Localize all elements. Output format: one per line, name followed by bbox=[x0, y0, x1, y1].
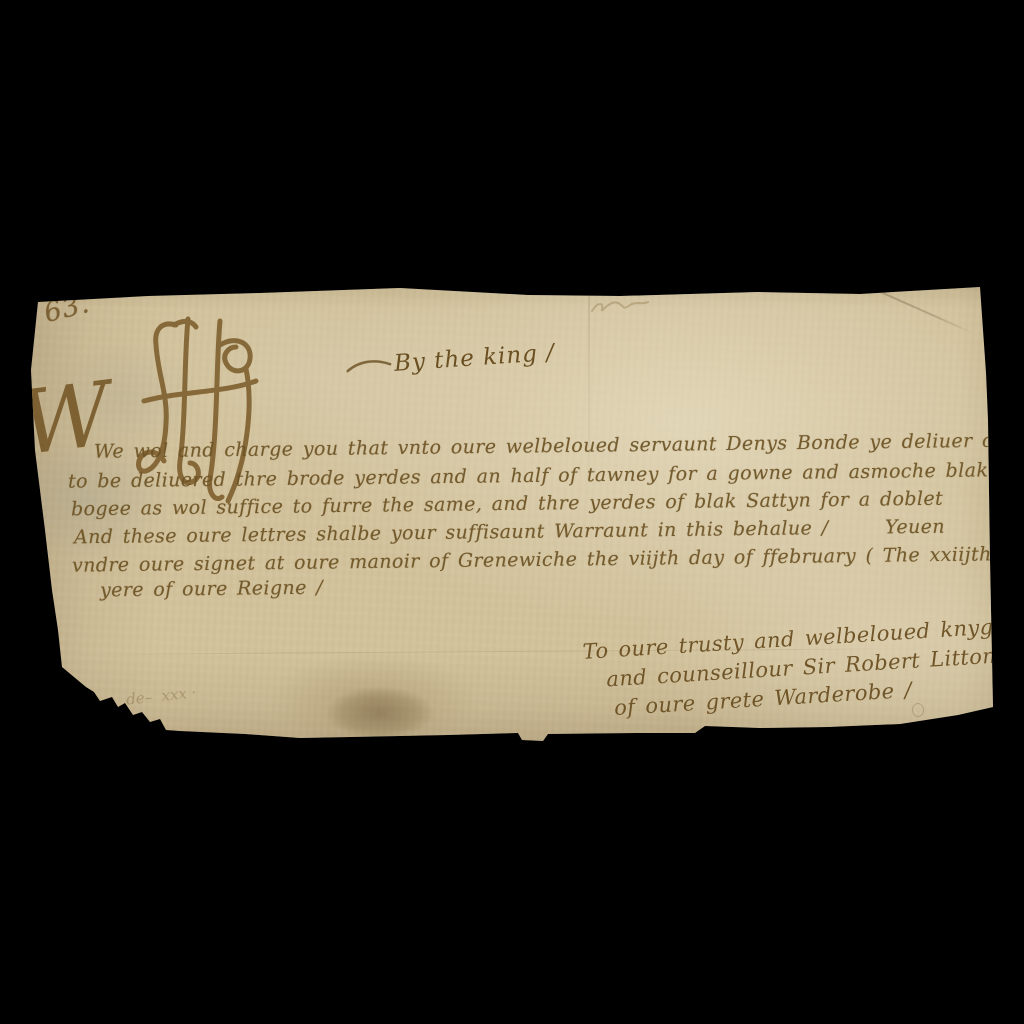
faint-marginal-mark: de– xxx · bbox=[125, 683, 197, 708]
address-block: To oure trusty and welbeloued knyght and… bbox=[582, 608, 1024, 724]
crease-line-top-right bbox=[851, 278, 972, 334]
body-line: And these oure lettres shalbe your suffi… bbox=[74, 516, 945, 549]
body-line: vndre oure signet at oure manoir of Gren… bbox=[72, 543, 992, 576]
faint-ink-scribble bbox=[588, 293, 652, 319]
body-line: yere of oure Reigne / bbox=[100, 577, 323, 602]
faint-ring-mark bbox=[912, 703, 924, 717]
archival-number: 63. bbox=[41, 288, 93, 329]
heading-by-the-king: By the king / bbox=[393, 340, 555, 377]
photo-background: 63. By the king / W We wol and charge yo… bbox=[0, 0, 1024, 1024]
heading-row: By the king / bbox=[345, 340, 555, 381]
parchment-document: 63. By the king / W We wol and charge yo… bbox=[28, 283, 998, 748]
heading-flourish-icon bbox=[345, 351, 393, 380]
